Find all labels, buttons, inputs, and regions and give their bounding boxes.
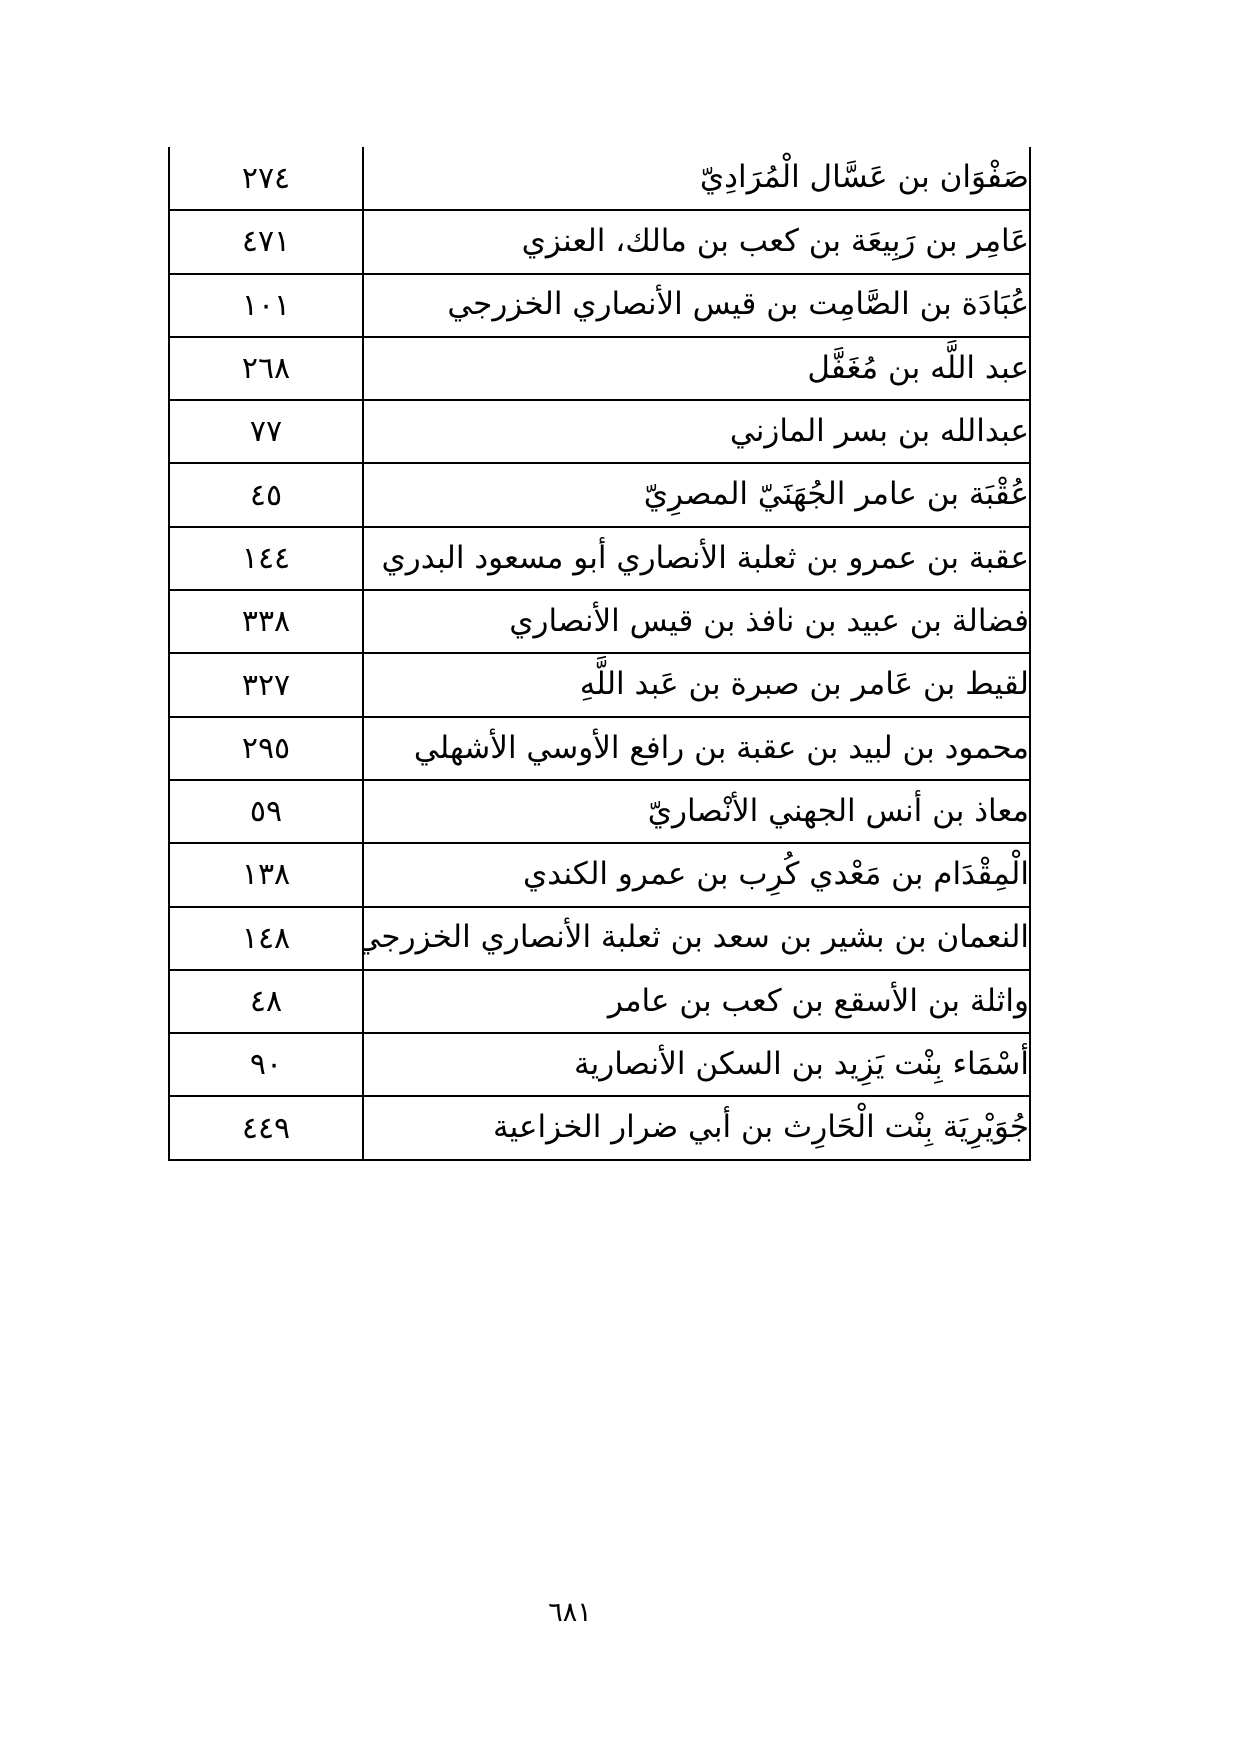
page-ref-cell: ٣٢٧ xyxy=(169,653,363,716)
narrator-name-cell: أسْمَاء بِنْت يَزِيد بن السكن الأنصارية xyxy=(363,1033,1030,1096)
narrator-name-cell: لقيط بن عَامر بن صبرة بن عَبد اللَّهِ xyxy=(363,653,1030,716)
index-row: محمود بن لبيد بن عقبة بن رافع الأوسي الأ… xyxy=(169,717,1030,780)
narrator-name-cell: معاذ بن أنس الجهني الأنْصاريّ xyxy=(363,780,1030,843)
index-row: فضالة بن عبيد بن نافذ بن قيس الأنصاري٣٣٨ xyxy=(169,590,1030,653)
index-row: أسْمَاء بِنْت يَزِيد بن السكن الأنصارية٩… xyxy=(169,1033,1030,1096)
index-row: عُبَادَة بن الصَّامِت بن قيس الأنصاري ال… xyxy=(169,274,1030,337)
page-ref-cell: ٢٧٤ xyxy=(169,147,363,210)
narrator-name-cell: عقبة بن عمرو بن ثعلبة الأنصاري أبو مسعود… xyxy=(363,527,1030,590)
narrator-name-cell: واثلة بن الأسقع بن كعب بن عامر xyxy=(363,970,1030,1033)
index-row: النعمان بن بشير بن سعد بن ثعلبة الأنصاري… xyxy=(169,907,1030,970)
page-ref-cell: ١٤٨ xyxy=(169,907,363,970)
folio-page-number: ٦٨١ xyxy=(420,1597,720,1629)
page-ref-cell: ١٠١ xyxy=(169,274,363,337)
page-ref-cell: ٤٨ xyxy=(169,970,363,1033)
index-row: صَفْوَان بن عَسَّال الْمُرَادِيّ٢٧٤ xyxy=(169,147,1030,210)
page-ref-cell: ٢٦٨ xyxy=(169,337,363,400)
narrator-name-cell: محمود بن لبيد بن عقبة بن رافع الأوسي الأ… xyxy=(363,717,1030,780)
narrator-name-cell: عبد اللَّه بن مُغَفَّل xyxy=(363,337,1030,400)
index-row: عقبة بن عمرو بن ثعلبة الأنصاري أبو مسعود… xyxy=(169,527,1030,590)
index-row: عبدالله بن بسر المازني٧٧ xyxy=(169,400,1030,463)
narrator-name-cell: عُبَادَة بن الصَّامِت بن قيس الأنصاري ال… xyxy=(363,274,1030,337)
index-row: عُقْبَة بن عامر الجُهَنَيّ المصرِيّ٤٥ xyxy=(169,463,1030,526)
narrator-name-cell: الْمِقْدَام بن مَعْدي كُرِب بن عمرو الكن… xyxy=(363,843,1030,906)
index-row: عَامِر بن رَبِيعَة بن كعب بن مالك، العنز… xyxy=(169,210,1030,273)
page-ref-cell: ١٤٤ xyxy=(169,527,363,590)
index-row: جُوَيْرِيَة بِنْت الْحَارِث بن أبي ضرار … xyxy=(169,1096,1030,1159)
page-ref-cell: ١٣٨ xyxy=(169,843,363,906)
page-ref-cell: ٢٩٥ xyxy=(169,717,363,780)
page-ref-cell: ٤٧١ xyxy=(169,210,363,273)
narrator-name-cell: عُقْبَة بن عامر الجُهَنَيّ المصرِيّ xyxy=(363,463,1030,526)
index-row: واثلة بن الأسقع بن كعب بن عامر٤٨ xyxy=(169,970,1030,1033)
page-ref-cell: ٤٥ xyxy=(169,463,363,526)
narrator-name-cell: جُوَيْرِيَة بِنْت الْحَارِث بن أبي ضرار … xyxy=(363,1096,1030,1159)
narrator-name-cell: عَامِر بن رَبِيعَة بن كعب بن مالك، العنز… xyxy=(363,210,1030,273)
index-row: لقيط بن عَامر بن صبرة بن عَبد اللَّهِ٣٢٧ xyxy=(169,653,1030,716)
index-row: الْمِقْدَام بن مَعْدي كُرِب بن عمرو الكن… xyxy=(169,843,1030,906)
page-ref-cell: ٥٩ xyxy=(169,780,363,843)
index-row: عبد اللَّه بن مُغَفَّل٢٦٨ xyxy=(169,337,1030,400)
narrator-name-cell: عبدالله بن بسر المازني xyxy=(363,400,1030,463)
index-row: معاذ بن أنس الجهني الأنْصاريّ٥٩ xyxy=(169,780,1030,843)
document-page: صَفْوَان بن عَسَّال الْمُرَادِيّ٢٧٤عَامِ… xyxy=(0,0,1240,1754)
page-ref-cell: ٧٧ xyxy=(169,400,363,463)
page-ref-cell: ٤٤٩ xyxy=(169,1096,363,1159)
narrators-index-table: صَفْوَان بن عَسَّال الْمُرَادِيّ٢٧٤عَامِ… xyxy=(168,147,1031,1161)
narrator-name-cell: النعمان بن بشير بن سعد بن ثعلبة الأنصاري… xyxy=(363,907,1030,970)
page-ref-cell: ٣٣٨ xyxy=(169,590,363,653)
page-ref-cell: ٩٠ xyxy=(169,1033,363,1096)
narrator-name-cell: فضالة بن عبيد بن نافذ بن قيس الأنصاري xyxy=(363,590,1030,653)
narrator-name-cell: صَفْوَان بن عَسَّال الْمُرَادِيّ xyxy=(363,147,1030,210)
